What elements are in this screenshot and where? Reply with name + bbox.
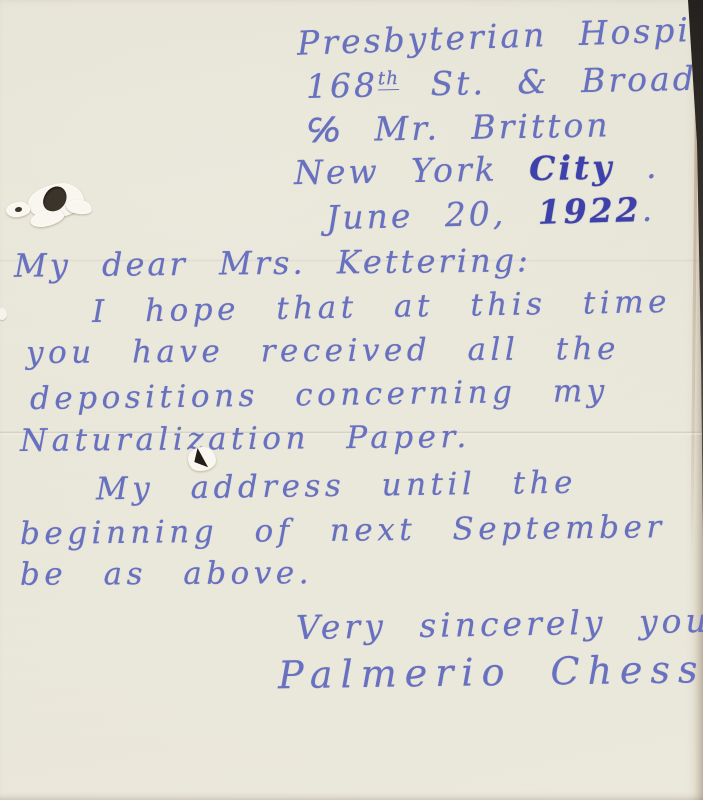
body-line: depositions concerning my [30,373,609,417]
city-main: New York [294,149,530,192]
header-street-line: 168th St. & Broadway [306,57,703,106]
header-city-line: New York City . [294,147,660,192]
header-hospital-line: Presbyterian Hospital [296,8,703,63]
street-overinked-part: way [696,57,703,98]
date-period: . [641,190,656,229]
torn-hole-cluster [4,180,104,235]
body-line: I hope that at this time [92,284,672,330]
letter-paper: Presbyterian Hospital 168th St. & Broadw… [0,0,703,800]
date-overinked-part: 1922 [537,190,642,232]
edge-nick [0,308,7,320]
triangle-hole [188,445,218,473]
body-line: be as above. [20,555,313,593]
salutation: My dear Mrs. Kettering: [14,241,531,284]
street-ordinal: th [378,68,399,90]
body-line: you have received all the [26,331,620,371]
closing-line: Very sincerely yours, [296,600,703,647]
date-main: June 20, [326,193,539,238]
signature: Palmerio Chessa [278,647,703,697]
street-rest: St. & Broad [399,59,698,104]
street-number: 168 [306,65,379,105]
header-careof-line: ℅ Mr. Britton [308,105,611,149]
header-date-line: June 20, 1922. [326,190,656,238]
city-overinked-part: City [529,148,615,188]
city-period: . [614,147,660,187]
scanned-letter: Presbyterian Hospital 168th St. & Broadw… [0,0,703,800]
body-line: My address until the [96,465,577,508]
body-line: beginning of next September will [20,508,703,552]
body-line: Naturalization Paper. [20,419,471,459]
